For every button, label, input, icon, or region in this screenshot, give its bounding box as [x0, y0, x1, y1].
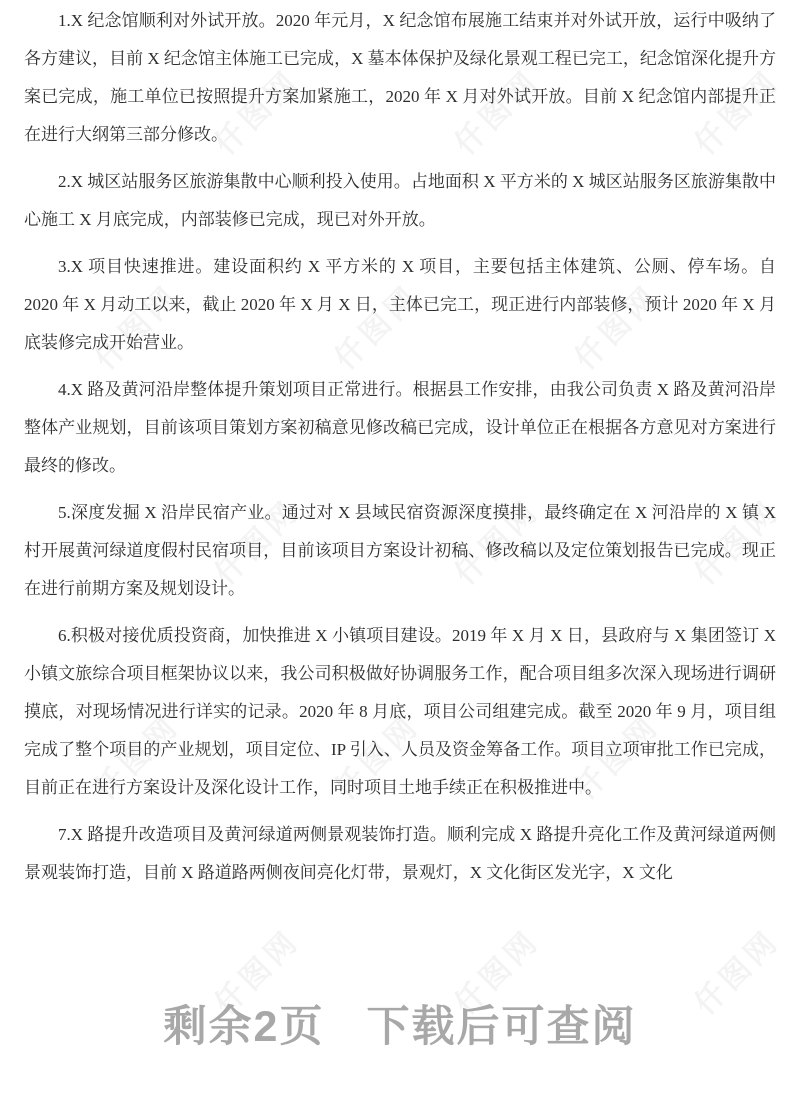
paragraph: 7.X 路提升改造项目及黄河绿道两侧景观装饰打造。顺利完成 X 路提升亮化工作及… — [24, 816, 776, 892]
paragraph: 3.X 项目快速推进。建设面积约 X 平方米的 X 项目，主要包括主体建筑、公厕… — [24, 248, 776, 362]
paragraph: 6.积极对接优质投资商，加快推进 X 小镇项目建设。2019 年 X 月 X 日… — [24, 617, 776, 807]
paragraph: 2.X 城区站服务区旅游集散中心顺利投入使用。占地面积 X 平方米的 X 城区站… — [24, 163, 776, 239]
paragraph: 4.X 路及黄河沿岸整体提升策划项目正常进行。根据县工作安排，由我公司负责 X … — [24, 371, 776, 485]
download-hint-text: 下载后可查阅 — [366, 1003, 636, 1051]
pages-remaining-text: 剩余2页 — [164, 1003, 325, 1051]
paragraph: 1.X 纪念馆顺利对外试开放。2020 年元月，X 纪念馆布展施工结束并对外试开… — [24, 2, 776, 154]
paragraph: 5.深度发掘 X 沿岸民宿产业。通过对 X 县域民宿资源深度摸排，最终确定在 X… — [24, 494, 776, 608]
document-page: 仟图网仟图网仟图网仟图网仟图网仟图网仟图网仟图网仟图网仟图网仟图网仟图网仟图网仟… — [0, 0, 800, 1114]
paywall-banner: 剩余2页下载后可查阅 — [0, 1000, 800, 1056]
document-body: 1.X 纪念馆顺利对外试开放。2020 年元月，X 纪念馆布展施工结束并对外试开… — [0, 0, 800, 892]
